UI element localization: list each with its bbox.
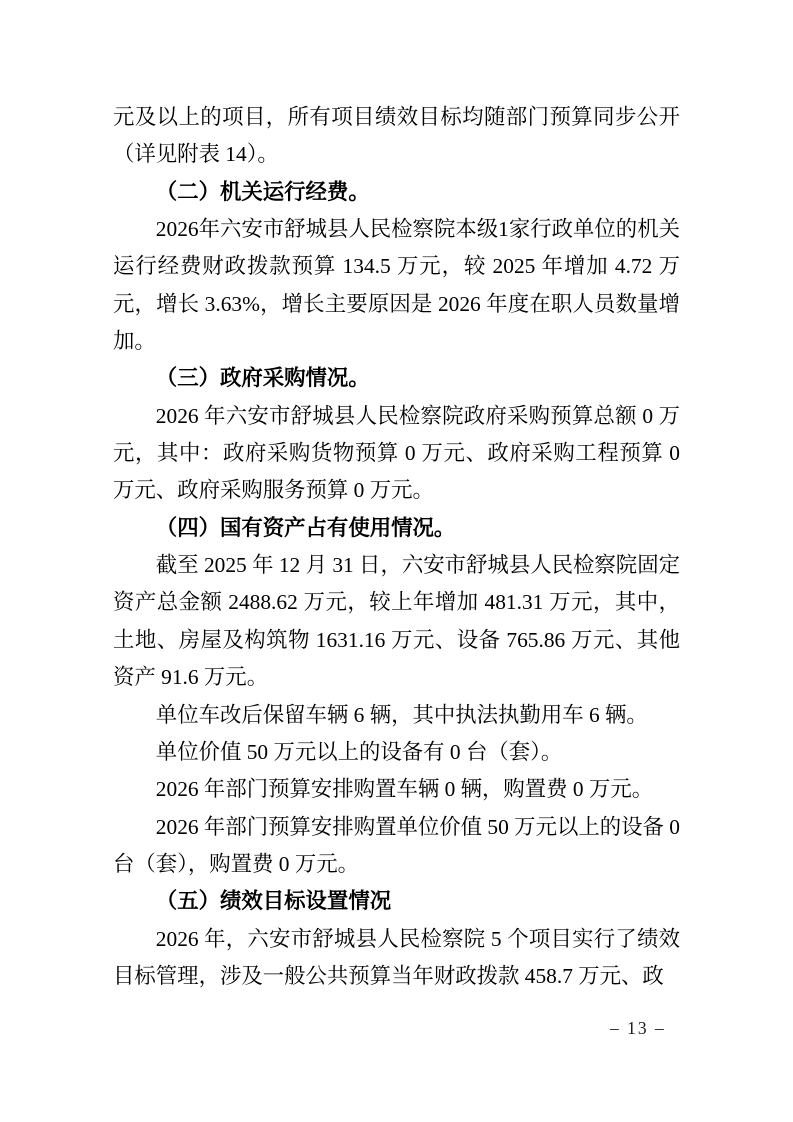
body-paragraph: 2026 年部门预算安排购置单位价值 50 万元以上的设备 0 台（套），购置费… — [113, 809, 680, 884]
page-number: – 13 – — [610, 1018, 666, 1039]
body-paragraph-continuation: 元及以上的项目，所有项目绩效目标均随部门预算同步公开（详见附表 14）。 — [113, 99, 680, 174]
section-heading-2: （二）机关运行经费。 — [113, 174, 680, 211]
body-paragraph: 2026 年部门预算安排购置车辆 0 辆，购置费 0 万元。 — [113, 771, 680, 808]
body-paragraph: 2026 年六安市舒城县人民检察院政府采购预算总额 0 万元，其中：政府采购货物… — [113, 398, 680, 510]
section-heading-4: （四）国有资产占有使用情况。 — [113, 510, 680, 547]
body-paragraph: 单位车改后保留车辆 6 辆，其中执法执勤用车 6 辆。 — [113, 697, 680, 734]
document-page: 元及以上的项目，所有项目绩效目标均随部门预算同步公开（详见附表 14）。 （二）… — [0, 0, 793, 1122]
section-heading-5: （五）绩效目标设置情况 — [113, 883, 680, 920]
body-paragraph: 2026 年，六安市舒城县人民检察院 5 个项目实行了绩效目标管理，涉及一般公共… — [113, 921, 680, 996]
section-heading-3: （三）政府采购情况。 — [113, 360, 680, 397]
body-paragraph: 2026年六安市舒城县人民检察院本级1家行政单位的机关运行经费财政拨款预算 13… — [113, 211, 680, 360]
document-body: 元及以上的项目，所有项目绩效目标均随部门预算同步公开（详见附表 14）。 （二）… — [113, 99, 680, 995]
body-paragraph: 单位价值 50 万元以上的设备有 0 台（套）。 — [113, 734, 680, 771]
body-paragraph: 截至 2025 年 12 月 31 日，六安市舒城县人民检察院固定资产总金额 2… — [113, 547, 680, 696]
